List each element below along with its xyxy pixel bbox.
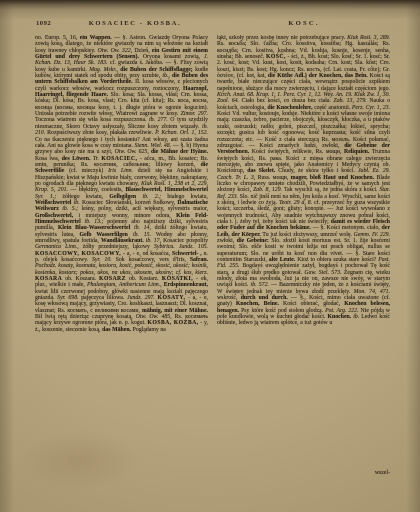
text-segment: białego kwiatu, — [161, 194, 208, 200]
text-segment: - a, - e, od kosaćca, — [121, 251, 172, 257]
text-segment: Mon. 74, 471. — [354, 289, 390, 295]
text-segment: Poglądamy na — [131, 327, 166, 333]
text-segment: Zab. 8, 129. — [253, 187, 282, 193]
text-segment: ib. 2.; — [136, 194, 161, 200]
text-segment: Germanica Linn., — [35, 244, 79, 250]
text-segment: KOSACCOWY, KOSACOWY, — [35, 251, 121, 257]
text-segment: ib. 277. — [149, 117, 168, 123]
text-segment: Perz. Cyr. 1, 23. — [352, 105, 390, 111]
text-segment: Ciało bez kości, co dusza bez ciała. — [239, 98, 334, 104]
text-segment: Otw. Ow. 322, — [98, 48, 132, 54]
text-segment: Russ. мощи, — [255, 175, 291, 181]
text-segment: Zab. 13, 279. — [334, 98, 367, 104]
text-segment: Gemm. IV. 229. — [354, 232, 390, 238]
text-segment: Kości obierać, głodać, — [279, 301, 344, 307]
text-segment: Otw. Ow. 625, — [115, 149, 149, 155]
text-segment: i mniejszy wonny, minore odora, — [73, 213, 176, 219]
text-segment: Blauschwertel, Himmelschwertel — [125, 187, 208, 193]
catchword: wszel- — [300, 470, 390, 476]
text-segment: Gaw. Siel. 573. — [304, 270, 341, 276]
text-segment: Pot. Arg. 222. — [325, 308, 358, 314]
text-segment: Syr. 1.; — [35, 194, 56, 200]
text-segment: Erdspinnenkraut, — [162, 282, 208, 288]
text-segment: Rozpuściwszy złote kosy, płakała rzewliw… — [45, 130, 155, 136]
text-segment: Tu już kości złożywszy, umrzeć wolę. — [261, 232, 354, 238]
text-segment: Mag. Mskr., — [89, 67, 118, 73]
text-segment: — §. Kości metonym. ciało, — [311, 225, 382, 231]
text-segment: Großschwertel, — [35, 213, 73, 219]
text-segment: ib. 5.; — [59, 206, 78, 212]
text-segment: Sienn. Wiel. 48. — [134, 143, 171, 149]
text-segment: ib. 15. — [128, 232, 151, 238]
text-segment: die Knochenlehre, — [267, 105, 312, 111]
text-segment: Phalangium, Anthericum Linn., — [87, 282, 162, 288]
text-segment: (cf. mieczyk) — [64, 168, 108, 174]
text-segment: KOSBA, KOŹBA, — [147, 320, 198, 326]
text-segment: Iris Linn. — [108, 168, 133, 174]
text-segment: Tak wyschli są, że jedna skóra z kości. — [282, 187, 379, 193]
text-column-right: łąki, szkoły przez kosbę inney nie potrz… — [217, 35, 390, 469]
text-segment: Gelb Wasserlilgen — [80, 232, 128, 238]
running-title-left: KOSACIEC - KOSBA. — [60, 20, 210, 27]
text-segment: mager, bloß Haut und Knochen. — [291, 175, 374, 181]
text-segment: die Buben der Schiffsflagge; — [118, 67, 193, 73]
text-segment: des Löwen. — [62, 156, 91, 162]
text-segment: żółtego kwiatu, — [56, 194, 109, 200]
text-segment: Dzień, — [132, 48, 152, 54]
text-segment: Sybirica. Jundz. 105. — [154, 244, 208, 250]
text-segment: Schwertel- , — [172, 251, 202, 257]
page-number: 1092 — [36, 20, 51, 27]
text-segment: Psy które kość pod stołem głodzą. — [239, 308, 325, 314]
text-segment: żółty przedniejszy, łąkowy — [79, 244, 154, 250]
text-segment: Toczona wiatrem się wiła kosa rozpuszczo… — [35, 117, 149, 123]
text-segment: Reliquien. — [344, 149, 369, 155]
text-segment: leśny, polny, dziki, acil większy, sylve… — [78, 206, 208, 212]
text-segment: Tr. — [93, 156, 99, 162]
text-segment: ib. — [351, 314, 359, 320]
text-segment: P. Kchan. Orl. 1, 152. — [155, 130, 208, 136]
running-title-right: KOSC. — [218, 20, 390, 27]
text-segment: ib. 14, — [130, 225, 151, 231]
text-segment: ib. 572. — [251, 282, 269, 288]
text-segment: Klein Blau-Wasserschwertel — [58, 225, 130, 231]
text-segment: Kości świętych, relikwie, Rs. мощи, — [249, 149, 344, 155]
scanned-dictionary-page: 1092 KOSACIEC - KOSBA. KOSC. no. Europ. … — [0, 0, 420, 512]
text-segment: Chudy, że skóra tylko i kości. — [275, 168, 358, 174]
page-header: 1092 KOSACIEC - KOSBA. KOSC. — [0, 20, 420, 32]
text-segment: KOSACIEC, — [101, 156, 137, 162]
text-segment: das Mähen. — [102, 327, 131, 333]
text-segment: Knochen, Beine. — [236, 301, 279, 307]
text-segment: — błękitny, coelestis, — [68, 187, 125, 193]
text-segment: Pochodz. kosaty, kosmata, kosiora, kosić… — [35, 263, 208, 275]
text-column-left: no. Europ. 5, 16, ein Wappen. — §. Astro… — [35, 35, 208, 469]
text-segment: das Skelet. — [247, 168, 275, 174]
text-segment: Gelbgilgen — [109, 194, 136, 200]
text-segment: część anatomii. — [313, 105, 352, 111]
text-segment: Kosa lwa, — [35, 156, 62, 162]
text-segment: die Mähne der Hyäne. — [149, 149, 208, 155]
text-segment: mähnig, mit einer Mähne. — [142, 308, 208, 314]
